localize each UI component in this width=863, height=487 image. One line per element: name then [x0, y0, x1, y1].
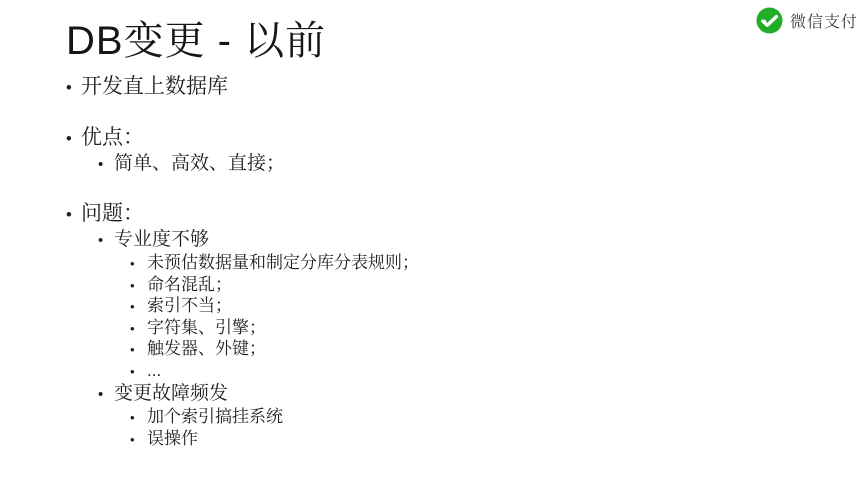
bullet-text: 未预估数据量和制定分库分表规则； — [147, 253, 419, 274]
bullet-dot-icon — [130, 275, 147, 297]
wechat-pay-logo: 微信支付 — [756, 7, 858, 34]
bullet-text: 误操作 — [147, 429, 198, 450]
bullet-item: 简单、高效、直接； — [0, 152, 863, 177]
bullet-dot-icon — [98, 228, 114, 253]
bullet-item: 优点： — [0, 125, 863, 152]
bullet-text: 命名混乱； — [147, 275, 232, 296]
bullet-item: 误操作 — [0, 429, 863, 451]
bullet-text: 简单、高效、直接； — [114, 152, 285, 176]
bullet-text: 专业度不够 — [114, 228, 209, 252]
bullet-item: ... — [0, 361, 863, 383]
bullet-item: 变更故障频发 — [0, 382, 863, 407]
bullet-list: 开发直上数据库优点：简单、高效、直接；问题：专业度不够未预估数据量和制定分库分表… — [0, 74, 863, 450]
bullet-dot-icon — [130, 361, 147, 383]
bullet-dot-icon — [130, 339, 147, 361]
bullet-text: 加个索引搞挂系统 — [147, 407, 283, 428]
bullet-text: 问题： — [81, 201, 144, 227]
bullet-dot-icon — [130, 407, 147, 429]
bullet-text: 优点： — [81, 125, 144, 151]
bullet-item: 索引不当； — [0, 296, 863, 318]
bullet-text: 触发器、外键； — [147, 339, 266, 360]
wechat-pay-wordmark: 微信支付 — [790, 9, 858, 32]
bullet-dot-icon — [130, 253, 147, 275]
bullet-item: 未预估数据量和制定分库分表规则； — [0, 253, 863, 275]
bullet-text: 索引不当； — [147, 296, 232, 317]
bullet-item: 字符集、引擎； — [0, 318, 863, 340]
slide: 微信支付 DB变更 - 以前 开发直上数据库优点：简单、高效、直接；问题：专业度… — [0, 0, 863, 487]
bullet-text: 字符集、引擎； — [147, 318, 266, 339]
bullet-item: 问题： — [0, 201, 863, 228]
slide-title: DB变更 - 以前 — [66, 18, 326, 64]
bullet-item: 加个索引搞挂系统 — [0, 407, 863, 429]
bullet-item: 命名混乱； — [0, 275, 863, 297]
bullet-item: 专业度不够 — [0, 228, 863, 253]
bullet-dot-icon — [66, 74, 81, 101]
bullet-item: 触发器、外键； — [0, 339, 863, 361]
bullet-dot-icon — [130, 296, 147, 318]
bullet-text: 开发直上数据库 — [81, 74, 228, 100]
bullet-dot-icon — [98, 152, 114, 177]
bullet-text: ... — [147, 361, 161, 382]
bullet-text: 变更故障频发 — [114, 382, 228, 406]
bullet-dot-icon — [66, 201, 81, 228]
bullet-dot-icon — [98, 382, 114, 407]
bullet-dot-icon — [130, 318, 147, 340]
wechat-pay-icon — [756, 7, 783, 34]
bullet-dot-icon — [130, 429, 147, 451]
bullet-dot-icon — [66, 125, 81, 152]
bullet-item: 开发直上数据库 — [0, 74, 863, 101]
